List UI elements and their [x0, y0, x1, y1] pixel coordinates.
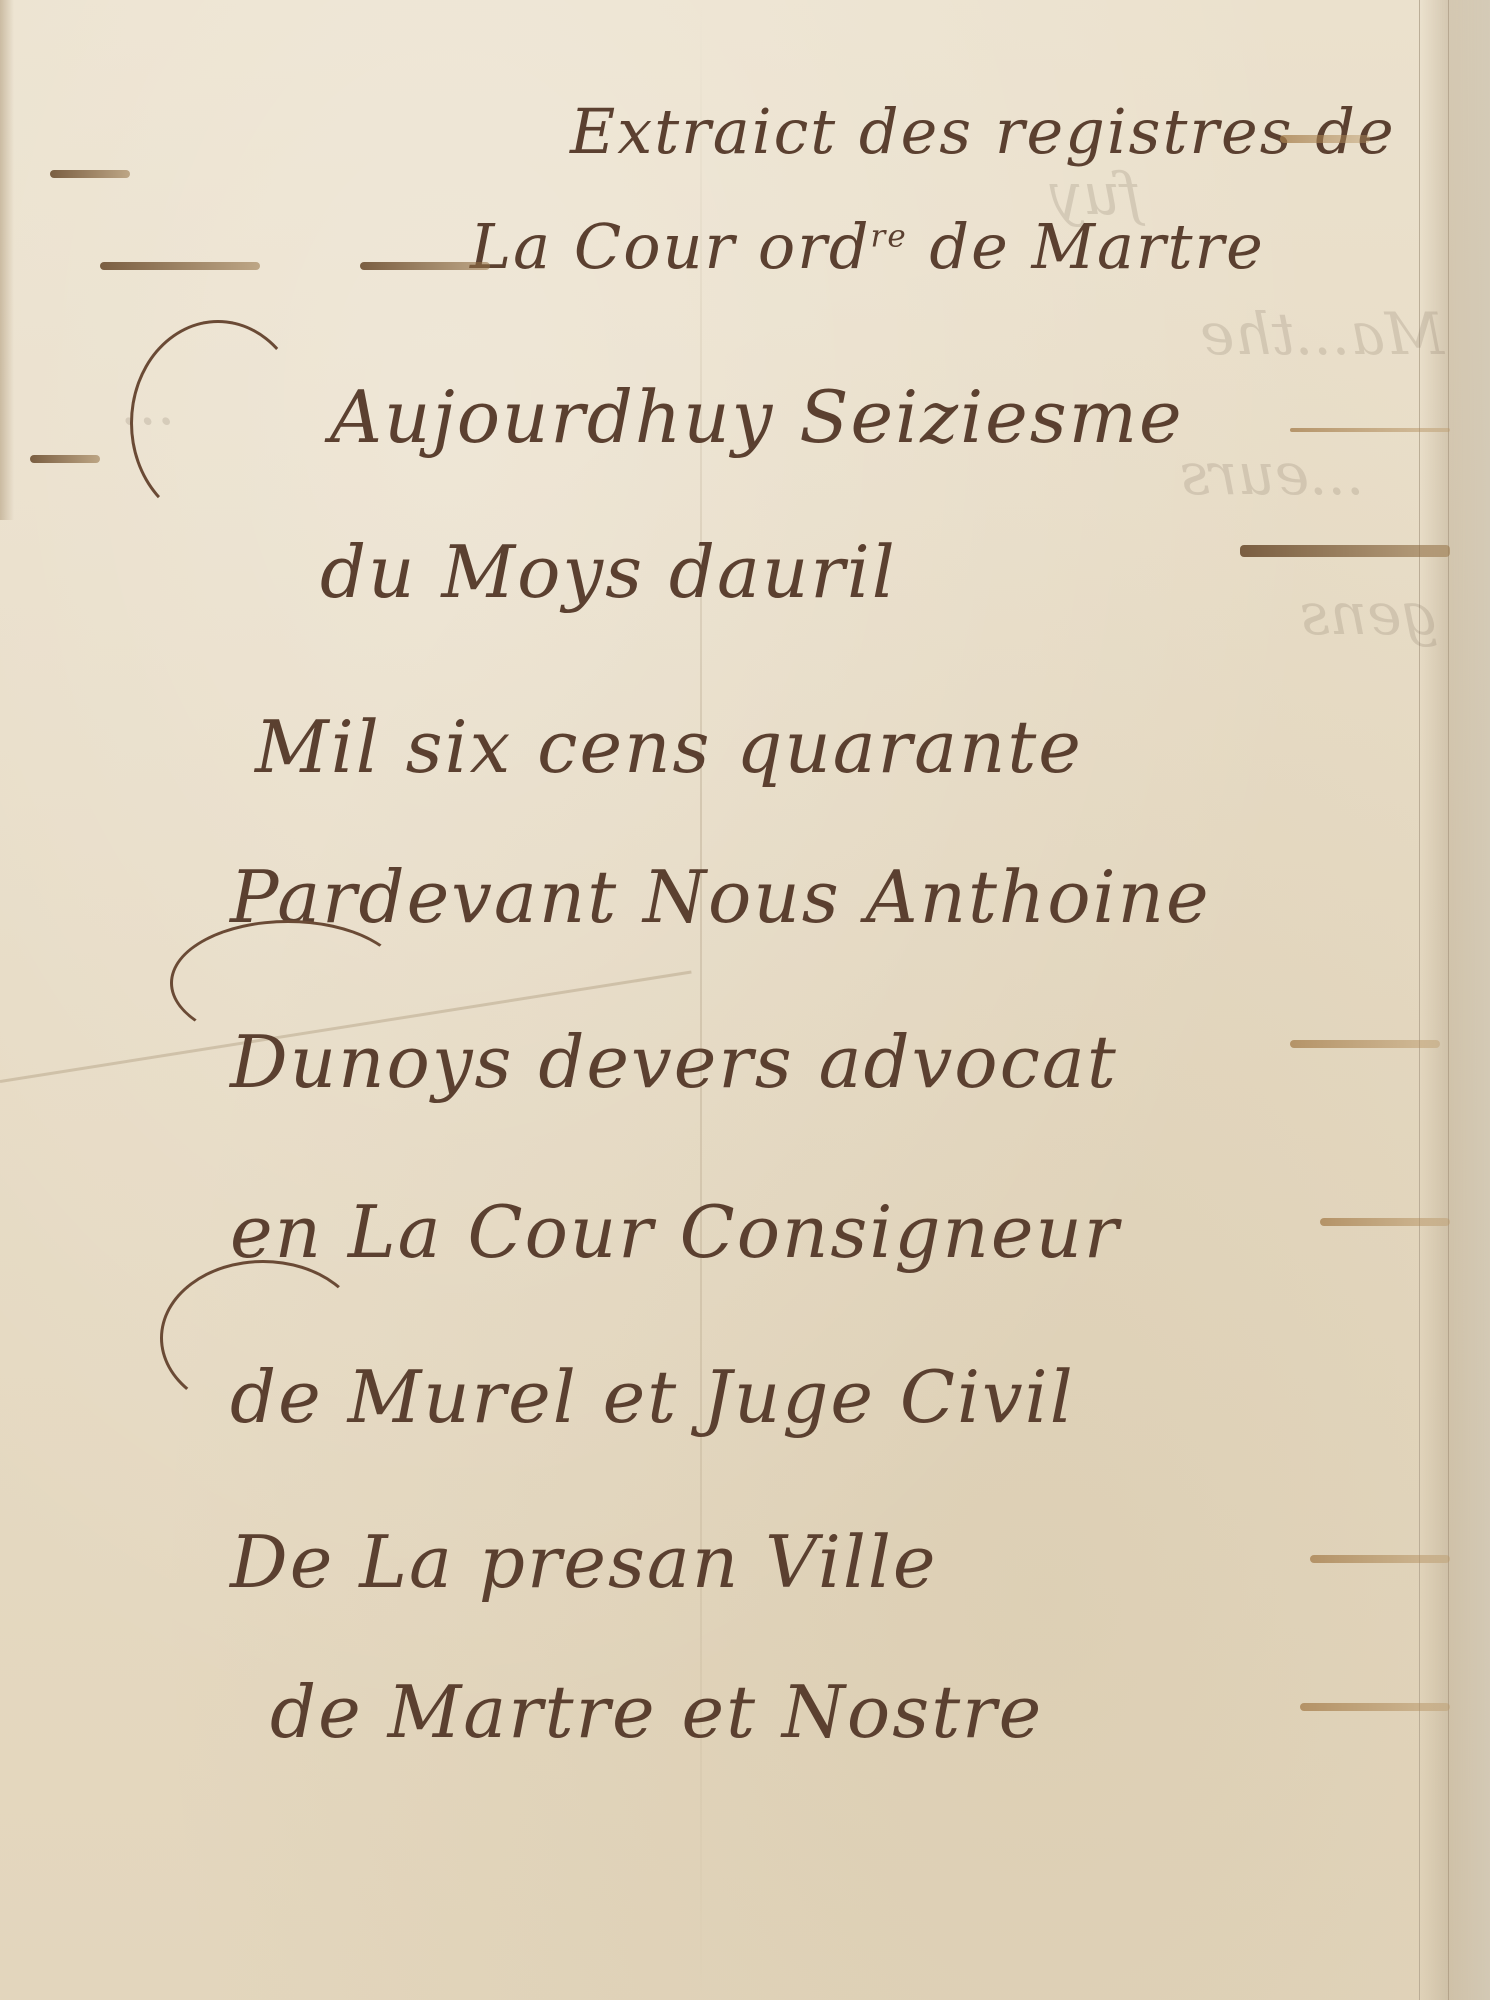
line-start-dash — [360, 262, 490, 270]
superscript-abbreviation: re — [871, 218, 908, 254]
manuscript-line-3: Aujourdhuy Seiziesme — [330, 375, 1184, 459]
line-text: de Martre — [908, 210, 1265, 283]
manuscript-line-7: Dunoys devers advocat — [230, 1020, 1118, 1104]
capital-flourish — [160, 1260, 366, 1416]
line-end-dash — [1320, 1218, 1450, 1226]
line-text: en La Cour Consigneur — [230, 1190, 1120, 1274]
manuscript-line-2: La Cour ordre de Martre — [470, 210, 1265, 283]
line-end-dash — [1290, 428, 1450, 432]
manuscript-line-8: en La Cour Consigneur — [230, 1190, 1120, 1274]
line-text: Pardevant Nous Anthoine — [230, 855, 1211, 939]
bleed-through-text: gens — [1300, 580, 1439, 648]
line-end-dash — [1310, 1555, 1450, 1563]
margin-dash — [30, 455, 100, 463]
manuscript-line-4: du Moys dauril — [320, 530, 897, 614]
manuscript-page: fuy Ma...the ...eurs gens ... Extraict d… — [0, 0, 1490, 2000]
line-text: De La presan Ville — [230, 1520, 938, 1604]
manuscript-line-6: Pardevant Nous Anthoine — [230, 855, 1211, 939]
line-end-dash — [1240, 545, 1450, 557]
line-text: Dunoys devers advocat — [230, 1020, 1118, 1104]
line-text: Aujourdhuy Seiziesme — [330, 375, 1184, 459]
line-text: La Cour ord — [470, 210, 871, 283]
manuscript-line-5: Mil six cens quarante — [255, 705, 1083, 789]
manuscript-line-11: de Martre et Nostre — [270, 1670, 1043, 1754]
line-end-dash — [1280, 135, 1370, 143]
manuscript-line-1: Extraict des registres de — [570, 95, 1396, 168]
line-end-dash — [1290, 1040, 1440, 1048]
margin-flourish-dash — [100, 262, 260, 270]
capital-flourish — [130, 320, 306, 526]
line-text: Extraict des registres de — [570, 95, 1396, 168]
paper-left-edge — [0, 0, 14, 520]
bleed-through-text: Ma...the — [1200, 300, 1444, 368]
line-end-dash — [1300, 1703, 1450, 1711]
line-text: Mil six cens quarante — [255, 705, 1083, 789]
line-text: du Moys dauril — [320, 530, 897, 614]
margin-dash — [50, 170, 130, 178]
manuscript-line-10: De La presan Ville — [230, 1520, 938, 1604]
line-text: de Martre et Nostre — [270, 1670, 1043, 1754]
bleed-through-text: ...eurs — [1180, 440, 1364, 508]
